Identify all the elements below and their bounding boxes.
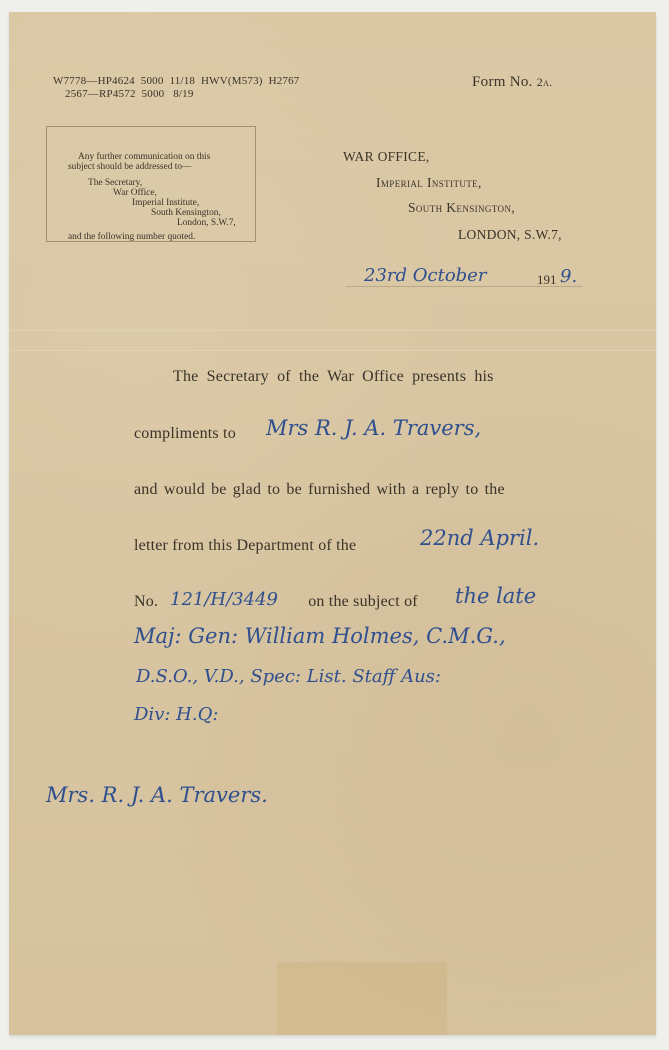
address-war-office: WAR OFFICE, (343, 149, 430, 165)
body-line-3: and would be glad to be furnished with a… (134, 481, 505, 499)
address-south-kensington: South Kensington, (408, 200, 515, 216)
date-handwritten-year-digit: 9. (560, 266, 577, 287)
addressee-handwritten: Mrs. R. J. A. Travers. (46, 783, 268, 807)
address-imperial-institute: Imperial Institute, (376, 175, 482, 191)
notice-line-1: Any further communication on this (78, 152, 210, 163)
address-london: LONDON, S.W.7, (458, 227, 562, 243)
reference-number-handwritten: 121/H/3449 (170, 589, 278, 610)
subject-handwritten-start: the late (455, 584, 536, 608)
body-line-1: The Secretary of the War Office presents… (173, 368, 494, 386)
notice-line-2: subject should be addressed to— (68, 162, 191, 173)
body-line-2-printed: compliments to (134, 425, 240, 443)
addressee-handwritten-inline: Mrs R. J. A. Travers, (266, 416, 481, 440)
subject-handwritten-line-3: D.S.O., V.D., Spec: List. Staff Aus: (136, 666, 441, 687)
letter-date-handwritten: 22nd April. (420, 526, 539, 550)
date-handwritten: 23rd October (364, 265, 486, 286)
notice-line-6: South Kensington, (151, 208, 221, 219)
notice-line-8: and the following number quoted. (68, 232, 195, 243)
notice-line-7: London, S.W.7, (177, 218, 236, 229)
date-printed-year: 191 (537, 272, 557, 288)
notice-line-4: War Office, (113, 188, 157, 199)
form-number: Form No. 2a. (472, 74, 552, 91)
form-number-value: 2a. (537, 75, 553, 89)
form-number-prefix: Form No. (472, 74, 537, 90)
print-code-line-1: W7778—HP4624 5000 11/18 HWV(M573) H2767 (53, 75, 300, 87)
subject-handwritten-line-2: Maj: Gen: William Holmes, C.M.G., (134, 624, 506, 648)
notice-line-5: Imperial Institute, (132, 198, 199, 209)
body-line-5-subject: on the subject of (304, 593, 422, 611)
body-line-5-no: No. (134, 593, 162, 611)
fold-line (9, 350, 656, 351)
fold-line (9, 330, 656, 331)
notice-line-3: The Secretary, (88, 178, 142, 189)
print-code-line-2: 2567—RP4572 5000 8/19 (65, 88, 194, 100)
body-line-4-printed: letter from this Department of the (134, 537, 360, 555)
subject-handwritten-line-4: Div: H.Q: (134, 704, 218, 725)
paper-stain (277, 962, 447, 1035)
